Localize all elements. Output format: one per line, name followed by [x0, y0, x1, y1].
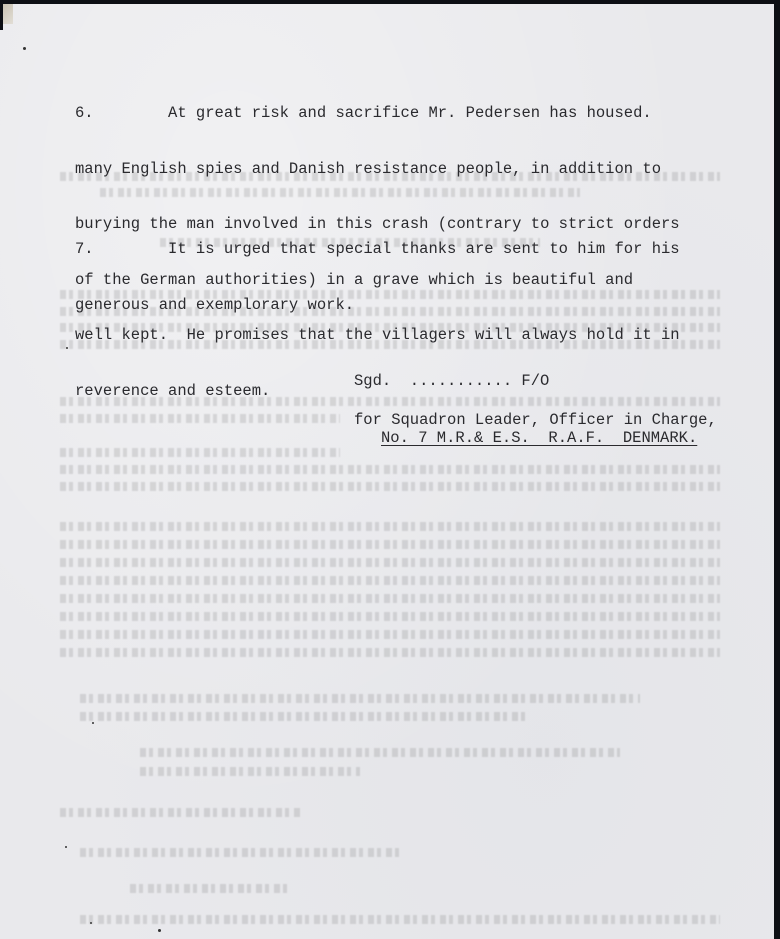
paper-speck	[92, 722, 94, 724]
paper-speck	[158, 929, 161, 932]
bleed-through-texture	[140, 748, 620, 757]
scan-border-top	[0, 0, 777, 4]
bleed-through-texture	[60, 576, 720, 585]
bleed-through-texture	[60, 448, 340, 457]
bleed-through-texture	[60, 540, 720, 549]
bleed-through-texture	[130, 884, 290, 893]
bleed-through-texture	[80, 848, 400, 857]
bleed-through-texture	[80, 694, 640, 703]
paragraph-line: 7. It is urged that special thanks are s…	[75, 240, 680, 259]
bleed-through-texture	[140, 767, 360, 776]
unit-designation: No. 7 M.R.& E.S. R.A.F. DENMARK.	[381, 429, 697, 448]
paper-speck	[65, 846, 67, 848]
bleed-through-texture	[60, 522, 720, 531]
signatory-role: for Squadron Leader, Officer in Charge,	[354, 411, 717, 430]
paper-speck	[23, 47, 26, 50]
paper-corner-fold	[3, 4, 13, 24]
paragraph-line: many English spies and Danish resistance…	[75, 160, 680, 179]
bleed-through-texture	[60, 594, 720, 603]
paragraph-7: 7. It is urged that special thanks are s…	[75, 203, 680, 351]
bleed-through-texture	[60, 465, 720, 474]
bleed-through-texture	[60, 558, 720, 567]
document-page: 6. At great risk and sacrifice Mr. Peder…	[0, 0, 777, 939]
bleed-through-texture	[60, 808, 300, 817]
bleed-through-texture	[60, 482, 720, 491]
bleed-through-texture	[60, 648, 720, 657]
paragraph-line: generous and exemplorary work.	[75, 296, 680, 315]
scan-border-right	[774, 0, 777, 939]
paragraph-line: 6. At great risk and sacrifice Mr. Peder…	[75, 104, 680, 123]
signed-line: Sgd. ........... F/O	[354, 372, 549, 391]
bleed-through-texture	[80, 915, 720, 924]
bleed-through-texture	[60, 612, 720, 621]
bleed-through-texture	[60, 630, 720, 639]
bleed-through-texture	[80, 712, 530, 721]
